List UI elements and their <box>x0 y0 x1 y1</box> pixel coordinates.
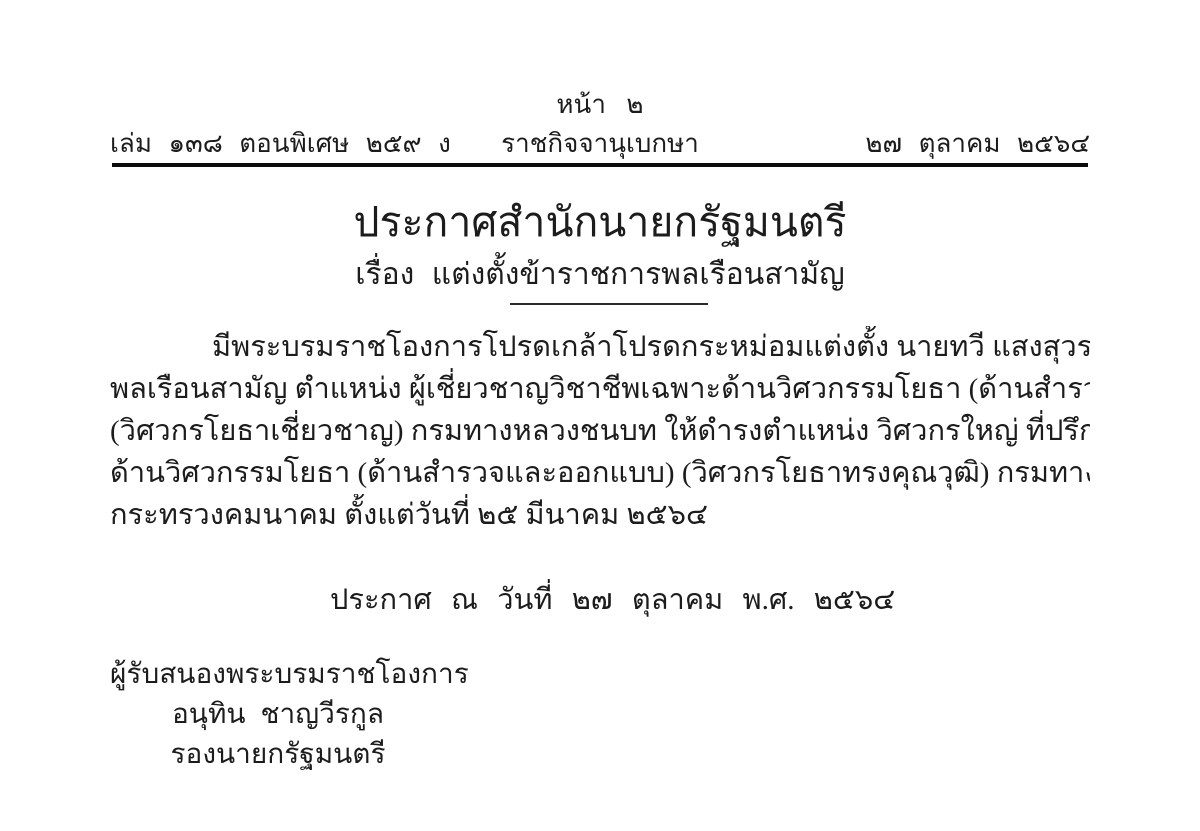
signer-name: อนุทิน ชาญวีรกูล <box>110 695 446 735</box>
signer-title: รองนายกรัฐมนตรี <box>110 735 446 775</box>
page-number-label: หน้า ๒ <box>0 84 1200 125</box>
body-line: กระทรวงคมนาคม ตั้งแต่วันที่ ๒๕ มีนาคม ๒๕… <box>110 494 1090 536</box>
body-line: ด้านวิศวกรรมโยธา (ด้านสำรวจและออกแบบ) (ว… <box>110 452 1090 494</box>
volume-info: เล่ม ๑๓๘ ตอนพิเศษ ๒๕๙ ง <box>110 123 501 164</box>
gazette-page: หน้า ๒ เล่ม ๑๓๘ ตอนพิเศษ ๒๕๙ ง ราชกิจจาน… <box>0 0 1200 831</box>
announcement-body: มีพระบรมราชโองการโปรดเกล้าโปรดกระหม่อมแต… <box>110 326 1090 536</box>
gazette-name: ราชกิจจานุเบกษา <box>501 123 699 164</box>
header-rule <box>112 163 1088 167</box>
subject-divider <box>510 303 708 305</box>
body-line: (วิศวกรโยธาเชี่ยวชาญ) กรมทางหลวงชนบท ให้… <box>110 410 1090 452</box>
announcement-title: ประกาศสำนักนายกรัฐมนตรี <box>0 190 1200 255</box>
gazette-header: เล่ม ๑๓๘ ตอนพิเศษ ๒๕๙ ง ราชกิจจานุเบกษา … <box>110 123 1090 164</box>
announcement-subject: เรื่อง แต่งตั้งข้าราชการพลเรือนสามัญ <box>0 251 1200 298</box>
body-line: พลเรือนสามัญ ตำแหน่ง ผู้เชี่ยวชาญวิชาชีพ… <box>110 368 1090 410</box>
countersign-label: ผู้รับสนองพระบรมราชโองการ <box>110 655 446 695</box>
gazette-date: ๒๗ ตุลาคม ๒๕๖๔ <box>699 123 1090 164</box>
signature-block: ผู้รับสนองพระบรมราชโองการ อนุทิน ชาญวีรก… <box>110 655 446 775</box>
announcement-date-line: ประกาศ ณ วันที่ ๒๗ ตุลาคม พ.ศ. ๒๕๖๔ <box>330 576 895 622</box>
body-line: มีพระบรมราชโองการโปรดเกล้าโปรดกระหม่อมแต… <box>110 326 1090 368</box>
